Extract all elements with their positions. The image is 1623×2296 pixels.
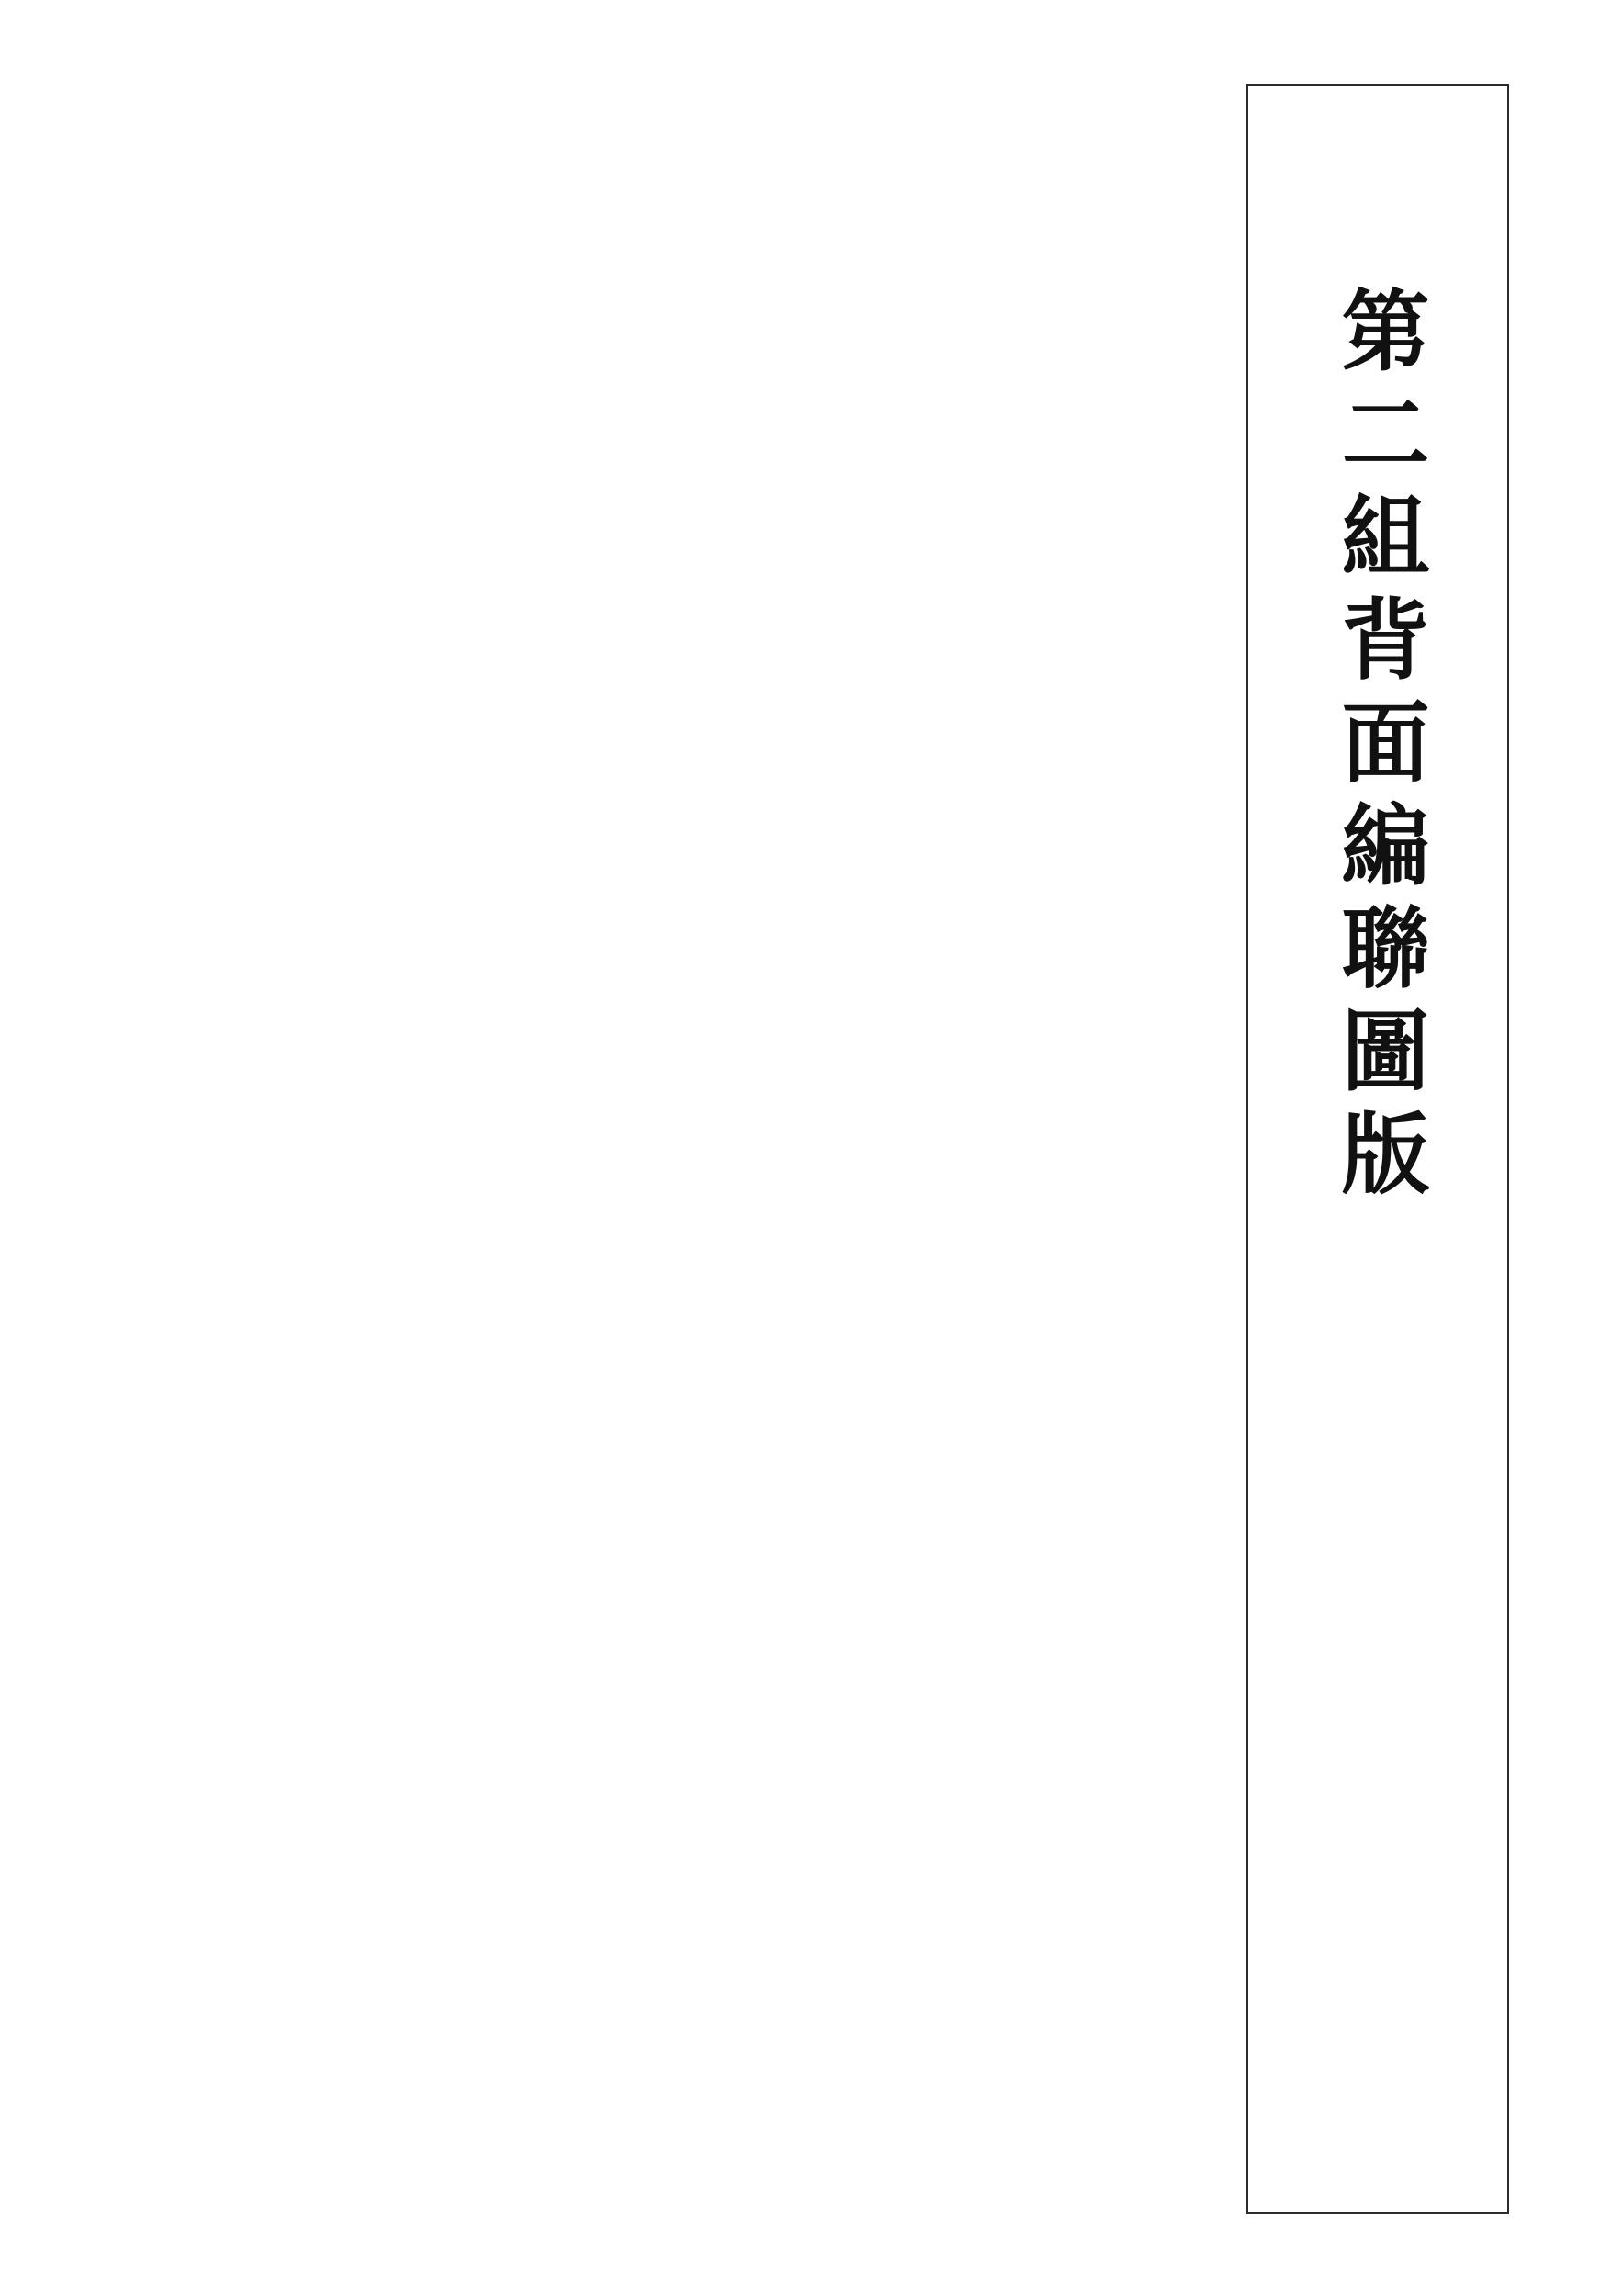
plate-section-box: 第二組背面編聯圖版 xyxy=(1246,84,1509,2214)
plate-section-title: 第二組背面編聯圖版 xyxy=(1334,285,1422,1210)
scanned-page: 第二組背面編聯圖版 xyxy=(0,0,1623,2296)
